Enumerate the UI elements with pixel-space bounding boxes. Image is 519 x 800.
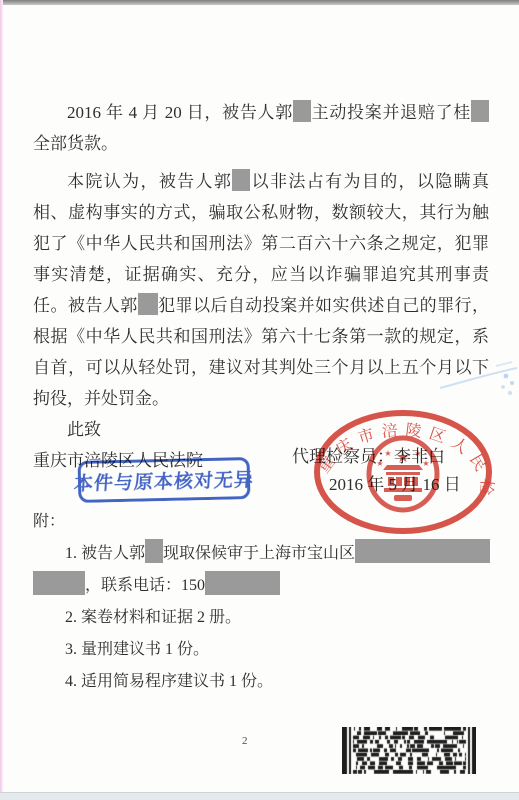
pen-scribble [438, 356, 519, 408]
text-run: ，联系电话：150 [85, 577, 205, 594]
redaction-box [471, 100, 489, 122]
text-run: 3. 量刑建议书 1 份。 [65, 641, 209, 658]
attachment-line: 3. 量刑建议书 1 份。 [33, 634, 519, 666]
redaction-box [293, 100, 311, 122]
national-emblem-icon: ★ ★ ★ ★ ★ [369, 438, 437, 510]
scan-edge-bottom [0, 792, 519, 800]
attachment-line: ，联系电话：150 [33, 570, 519, 602]
page-number: 2 [242, 735, 248, 747]
pdf417-barcode [342, 727, 476, 774]
svg-text:★: ★ [422, 459, 429, 468]
verification-stamp-text: 本件与原本核对无异 [73, 464, 255, 495]
paragraph: 2016 年 4 月 20 日，被告人郭主动投案并退赔了桂全部货款。 [33, 97, 489, 159]
paragraph: 本院认为，被告人郭以非法占有为目的，以隐瞒真相、虚构事实的方式，骗取公私财物，数… [33, 166, 489, 414]
text-run: 以非法占有为目的，以隐瞒真相、虚构事实的方式，骗取公私财物，数额较大，其行为触犯… [33, 172, 489, 315]
scan-edge-top [0, 0, 519, 5]
text-run: 此致 [67, 420, 101, 439]
attachment-line: 4. 适用简易程序建议书 1 份。 [33, 666, 519, 698]
text-run: 4. 适用简易程序建议书 1 份。 [65, 673, 273, 690]
text-run: 2016 年 4 月 20 日，被告人郭 [67, 103, 293, 122]
redaction-box [205, 571, 280, 595]
text-run: 现取保候审于上海市宝山区 [163, 545, 355, 562]
scan-edge-left [0, 0, 3, 800]
text-run: 本院认为，被告人郭 [67, 172, 232, 191]
svg-text:★: ★ [384, 449, 391, 458]
text-run: 主动投案并退赔了桂 [311, 103, 471, 122]
text-run: 2. 案卷材料和证据 2 册。 [65, 609, 241, 626]
scanned-document-page: 2016 年 4 月 20 日，被告人郭主动投案并退赔了桂全部货款。本院认为，被… [0, 0, 519, 800]
redaction-box [232, 169, 250, 191]
attachment-line: 2. 案卷材料和证据 2 册。 [33, 602, 519, 634]
verification-stamp: 本件与原本核对无异 [78, 457, 251, 503]
text-run: 全部货款。 [33, 134, 118, 153]
redaction-box [355, 539, 490, 563]
svg-text:★: ★ [414, 449, 421, 458]
redaction-box [138, 293, 158, 315]
svg-text:★: ★ [396, 448, 409, 466]
redaction-box [33, 571, 85, 595]
official-seal: 重庆市涪陵区人民检察院 ★ ★ ★ ★ ★ [308, 404, 498, 539]
attachment-list: 1. 被告人郭现取保候审于上海市宝山区，联系电话：1502. 案卷材料和证据 2… [33, 538, 519, 698]
attachment-line: 1. 被告人郭现取保候审于上海市宝山区 [33, 538, 519, 570]
redaction-box [145, 539, 163, 563]
text-run: 1. 被告人郭 [65, 545, 145, 562]
svg-text:★: ★ [376, 459, 383, 468]
